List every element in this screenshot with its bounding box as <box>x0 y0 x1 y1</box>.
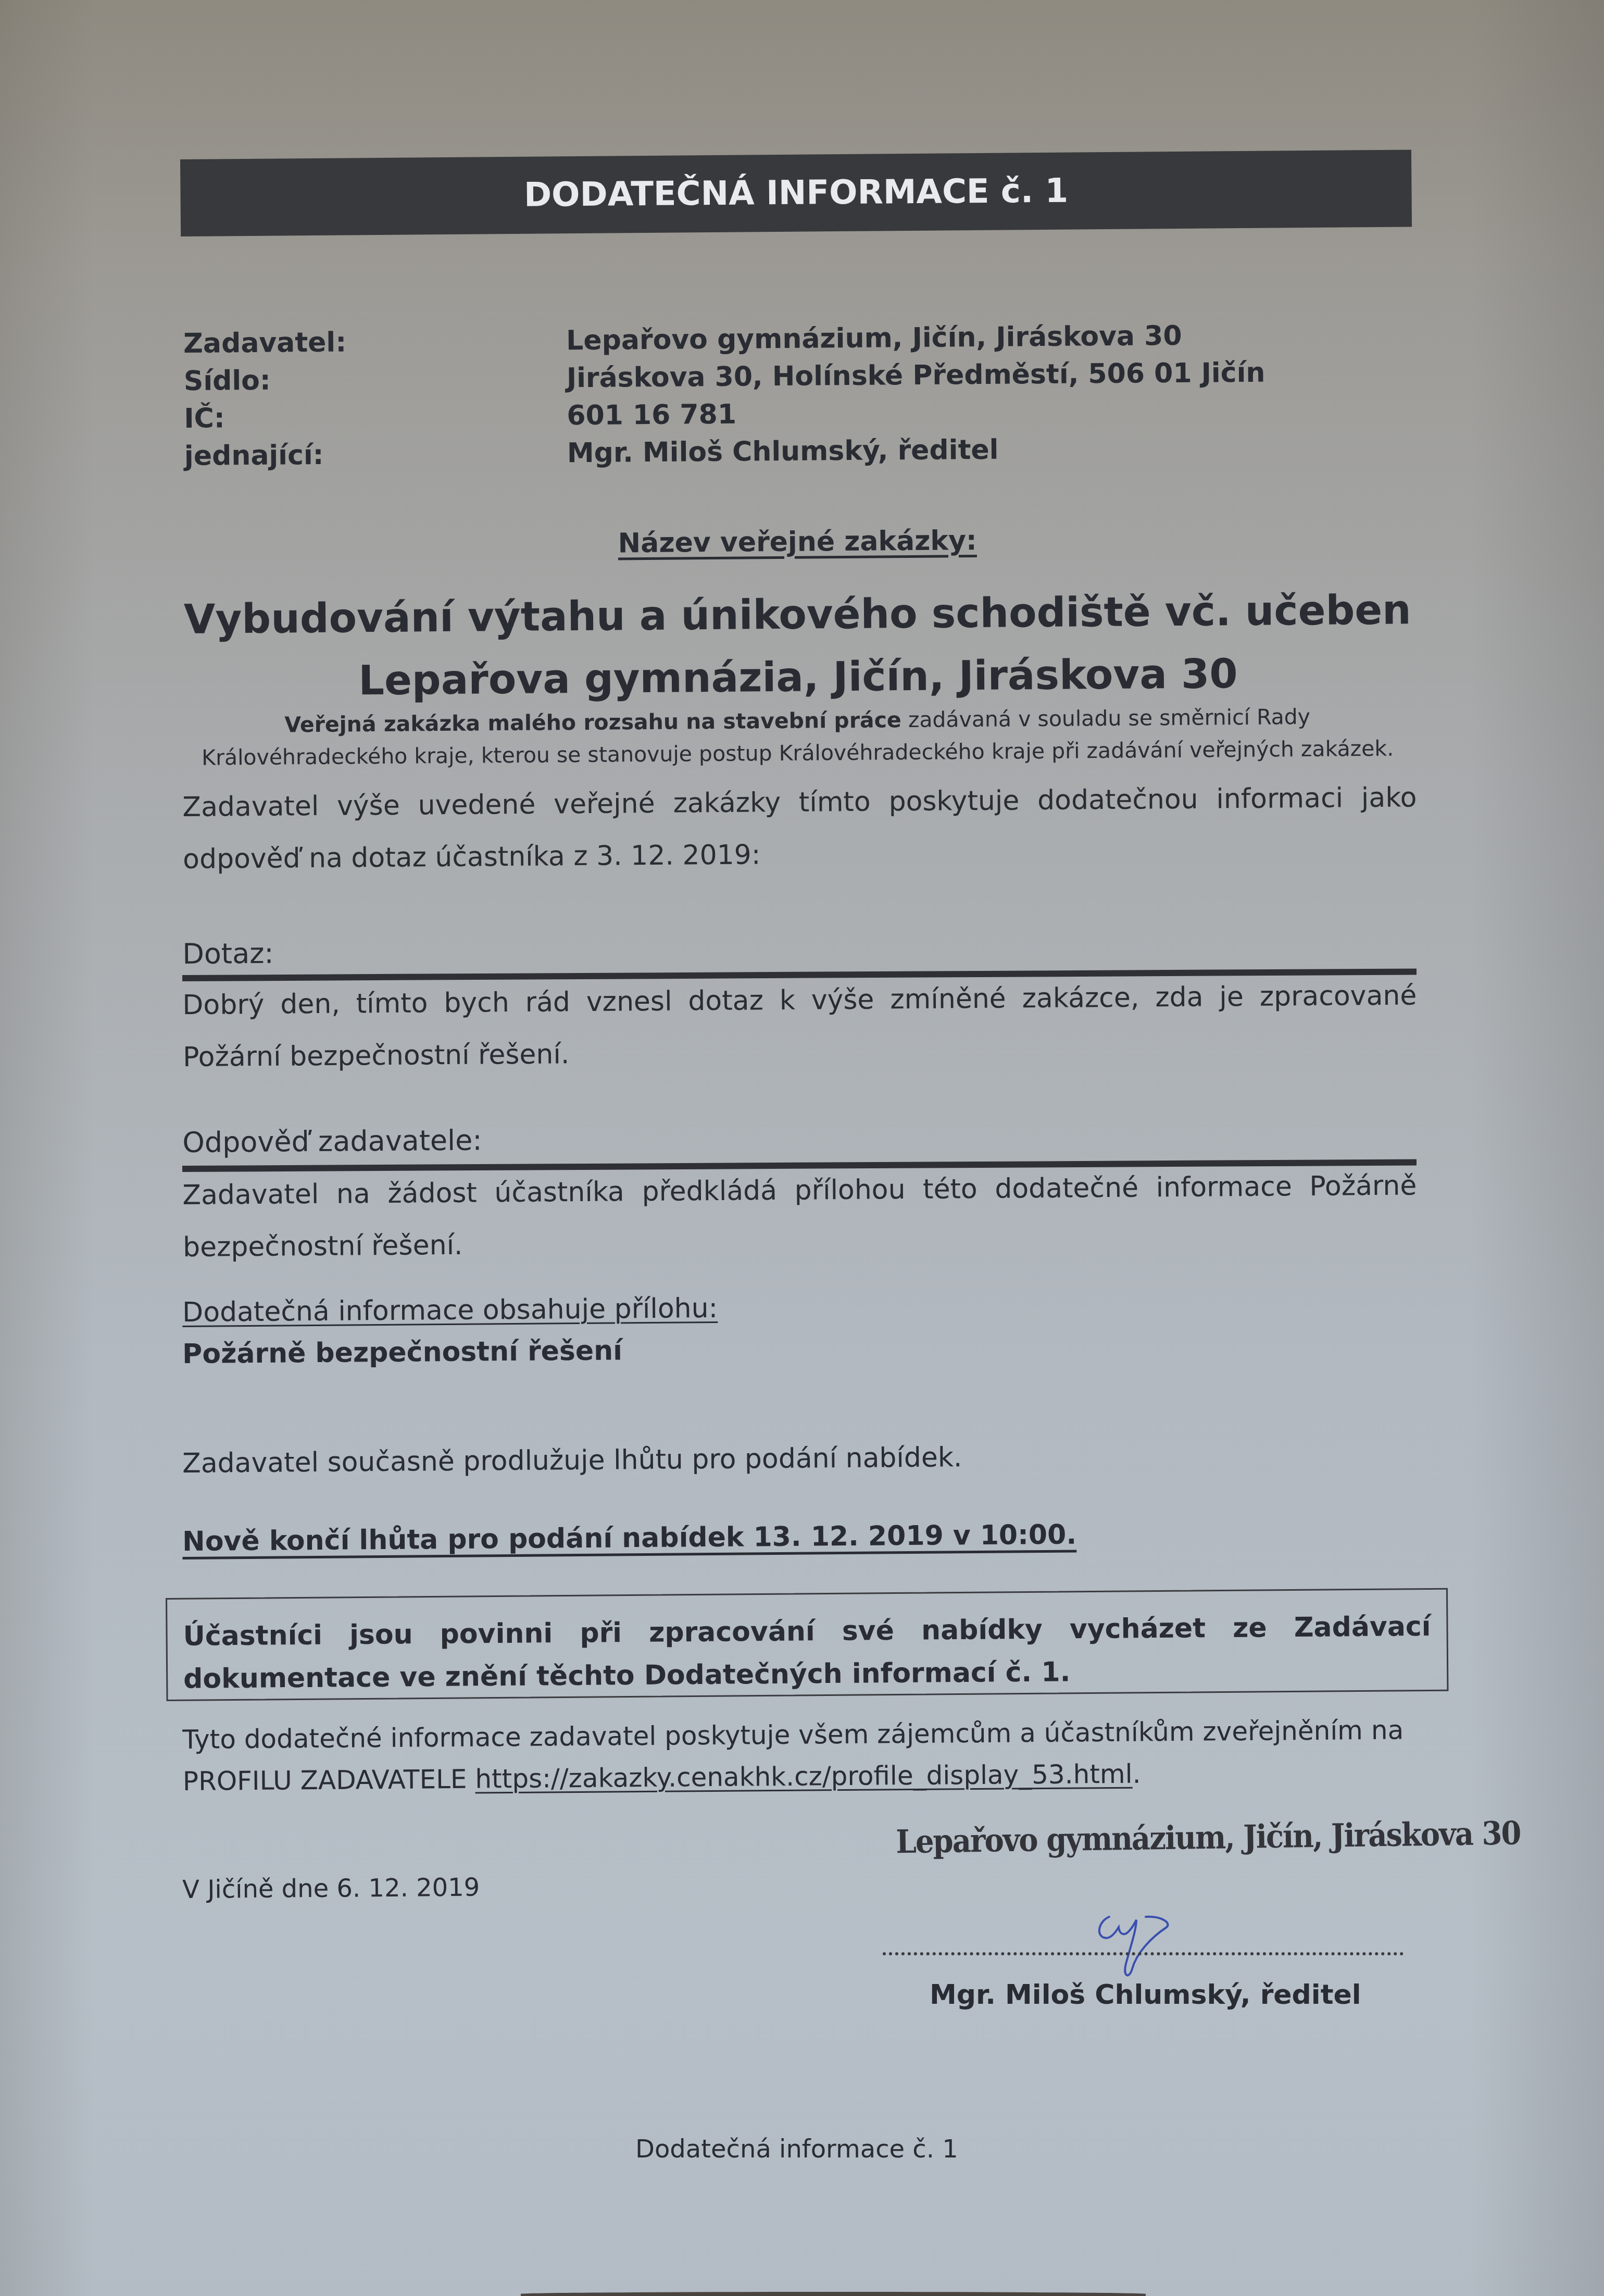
question-text: Dobrý den, tímto bych rád vznesl dotaz k… <box>182 969 1417 1083</box>
answer-text: Zadavatel na žádost účastníka předkládá … <box>182 1159 1417 1274</box>
attachment-item: Požárně bezpečnostní řešení <box>182 1335 622 1370</box>
document-title: DODATEČNÁ INFORMACE č. 1 <box>524 172 1069 215</box>
signature-line <box>883 1952 1403 1955</box>
meta-label: jednající: <box>184 438 567 472</box>
publication-paragraph: Tyto dodatečné informace zadavatel posky… <box>182 1709 1417 1802</box>
deadline-extension-text: Zadavatel současně prodlužuje lhůtu pro … <box>182 1442 962 1479</box>
contract-name-label: Název veřejné zakázky: <box>180 521 1414 563</box>
attachment-label: Dodatečná informace obsahuje přílohu: <box>182 1293 718 1328</box>
meta-value: Lepařovo gymnázium, Jičín, Jiráskova 30 <box>566 320 1182 356</box>
paper-shadow-left <box>0 0 94 2296</box>
meta-label: Sídlo: <box>184 363 567 397</box>
publication-end: . <box>1132 1759 1141 1789</box>
meta-value: 601 16 781 <box>567 399 736 432</box>
contract-type: Veřejná zakázka malého rozsahu na staveb… <box>284 707 901 737</box>
intro-paragraph: Zadavatel výše uvedené veřejné zakázky t… <box>182 771 1417 885</box>
profile-link[interactable]: https://zakazky.cenakhk.cz/profile_displ… <box>475 1759 1133 1794</box>
paper-shadow-right <box>1469 0 1604 2296</box>
notice-box: Účastníci jsou povinni při zpracování sv… <box>166 1588 1448 1701</box>
notice-line-2: dokumentace ve znění těchto Dodatečných … <box>183 1648 1432 1701</box>
contract-name-label-text: Název veřejné zakázky: <box>618 525 976 559</box>
meta-label: IČ: <box>184 400 567 434</box>
contract-description: Veřejná zakázka malého rozsahu na staveb… <box>180 700 1415 774</box>
document-header-bar: DODATEČNÁ INFORMACE č. 1 <box>180 149 1412 236</box>
handwritten-signature-icon <box>1088 1906 1208 1985</box>
contracting-authority-block: Zadavatel: Lepařovo gymnázium, Jičín, Ji… <box>183 319 1382 478</box>
meta-value: Jiráskova 30, Holínské Předměstí, 506 01… <box>567 357 1265 394</box>
answer-heading: Odpověď zadavatele: <box>182 1124 482 1159</box>
institution-stamp: Lepařovo gymnázium, Jičín, Jiráskova 30 <box>896 1814 1521 1861</box>
meta-label: Zadavatel: <box>183 325 566 359</box>
contract-title-line-1: Vybudování výtahu a únikového schodiště … <box>180 579 1415 651</box>
page-footer: Dodatečná informace č. 1 <box>635 2135 958 2164</box>
signer-name: Mgr. Miloš Chlumský, ředitel <box>930 1979 1361 2011</box>
question-heading: Dotaz: <box>182 937 274 970</box>
contract-title: Vybudování výtahu a únikového schodiště … <box>180 579 1415 714</box>
paper-bottom-edge <box>521 2292 1146 2296</box>
meta-value: Mgr. Miloš Chlumský, ředitel <box>567 434 999 469</box>
new-deadline: Nově končí lhůta pro podání nabídek 13. … <box>182 1519 1076 1557</box>
place-and-date: V Jičíně dne 6. 12. 2019 <box>182 1873 480 1904</box>
